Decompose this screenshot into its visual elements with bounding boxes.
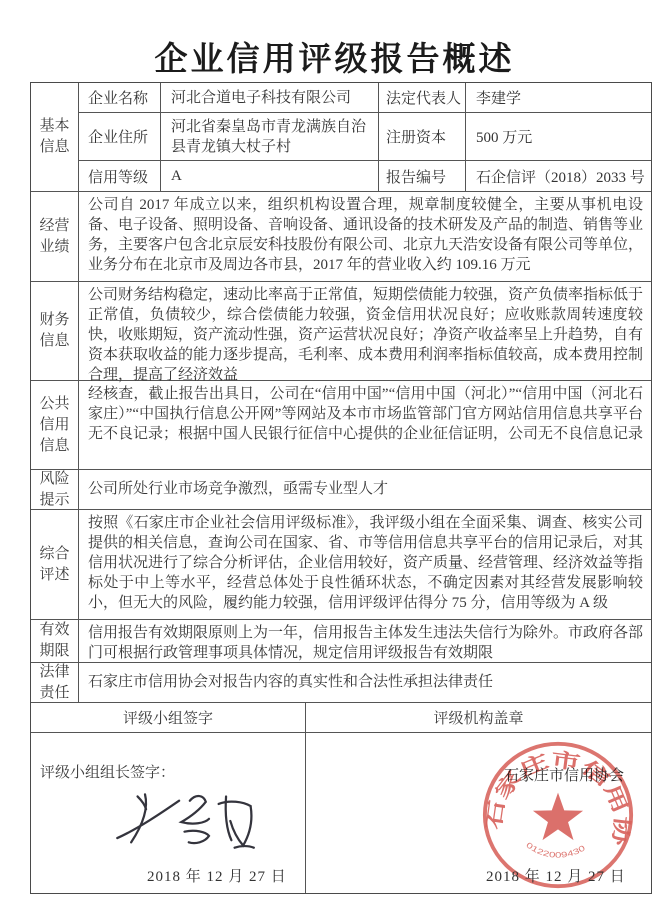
field-label-company-name: 企业名称 [79,83,161,113]
leader-signature-handwriting [113,785,273,857]
section-risk-notice: 风险 提示 公司所处行业市场竞争激烈，亟需专业型人才 [31,470,651,510]
section-validity-period: 有效 期限 信用报告有效期限原则上为一年，信用报告主体发生违法失信行为除外。市政… [31,620,651,663]
leader-signature-label: 评级小组组长签字： [40,761,175,782]
section-label-basic: 基本 信息 [31,83,79,192]
agency-seal-header: 评级机构盖章 [306,703,651,733]
field-value-legal-rep: 李建学 [466,83,651,113]
signoff-content-row: 评级小组组长签字： 2018 年 12 月 27 日 [31,733,651,893]
table-row: 信用等级 A 报告编号 石企信评（2018）2033 号 [79,161,651,192]
section-legal-liability: 法律 责任 石家庄市信用协会对报告内容的真实性和合法性承担法律责任 [31,663,651,703]
agency-seal-cell: 石家庄市信用协会 石家庄市信用协会 0122009430 2018 年 [306,733,651,893]
document-title: 企业信用评级报告概述 [0,33,669,80]
section-text: 信用报告有效期限原则上为一年，信用报告主体发生违法失信行为除外。市政府各部门可根… [79,620,651,663]
field-label-registered-capital: 注册资本 [379,113,466,161]
section-text: 公司财务结构稳定，速动比率高于正常值，短期偿债能力较强，资产负债率指标低于正常值… [79,282,651,381]
section-business-performance: 经营 业绩 公司自 2017 年成立以来，组织机构设置合理，规章制度较健全，主要… [31,192,651,282]
basic-info-block: 基本 信息 企业名称 河北合道电子科技有限公司 法定代表人 李建学 企业住所 河… [31,83,651,192]
section-text: 按照《石家庄市企业社会信用评级标准》，我评级小组在全面采集、调查、核实公司提供的… [79,510,651,620]
seal-arc-text: 石家庄市信用协会 [476,737,634,849]
section-text: 公司自 2017 年成立以来，组织机构设置合理，规章制度较健全，主要从事机电设备… [79,192,651,282]
report-table: 基本 信息 企业名称 河北合道电子科技有限公司 法定代表人 李建学 企业住所 河… [30,82,652,894]
section-label: 法律 责任 [31,663,79,703]
field-value-credit-grade: A [161,161,379,192]
report-page: 企业信用评级报告概述 基本 信息 企业名称 河北合道电子科技有限公司 法定代表人… [0,0,669,916]
svg-text:0122009430: 0122009430 [524,840,587,859]
section-financial-info: 财务 信息 公司财务结构稳定，速动比率高于正常值，短期偿债能力较强，资产负债率指… [31,282,651,381]
field-label-report-number: 报告编号 [379,161,466,192]
table-row: 企业住所 河北省秦皇岛市青龙满族自治县青龙镇大杖子村 注册资本 500 万元 [79,113,651,161]
agency-seal-date: 2018 年 12 月 27 日 [486,865,626,886]
section-label: 公共 信用 信息 [31,381,79,470]
section-overall-review: 综合 评述 按照《石家庄市企业社会信用评级标准》，我评级小组在全面采集、调查、核… [31,510,651,620]
section-label: 有效 期限 [31,620,79,663]
seal-star-icon [533,793,583,841]
section-label: 风险 提示 [31,470,79,510]
team-signature-cell: 评级小组组长签字： 2018 年 12 月 27 日 [31,733,306,893]
team-signature-header: 评级小组签字 [31,703,306,733]
field-label-legal-rep: 法定代表人 [379,83,466,113]
field-label-address: 企业住所 [79,113,161,161]
section-text: 公司所处行业市场竞争激烈，亟需专业型人才 [79,470,651,510]
signoff-header-row: 评级小组签字 评级机构盖章 [31,703,651,733]
team-signature-date: 2018 年 12 月 27 日 [147,865,287,886]
section-label: 财务 信息 [31,282,79,381]
section-text: 经核查，截止报告出具日，公司在“信用中国”“信用中国（河北）”“信用中国（河北石… [79,381,651,470]
seal-code-digits: 0122009430 [524,840,587,859]
field-value-company-name: 河北合道电子科技有限公司 [161,83,379,113]
section-label: 经营 业绩 [31,192,79,282]
table-row: 企业名称 河北合道电子科技有限公司 法定代表人 李建学 [79,83,651,113]
section-label: 综合 评述 [31,510,79,620]
field-value-registered-capital: 500 万元 [466,113,651,161]
svg-text:石家庄市信用协会: 石家庄市信用协会 [476,737,634,849]
section-text: 石家庄市信用协会对报告内容的真实性和合法性承担法律责任 [79,663,651,703]
section-public-credit-info: 公共 信用 信息 经核查，截止报告出具日，公司在“信用中国”“信用中国（河北）”… [31,381,651,470]
field-label-credit-grade: 信用等级 [79,161,161,192]
field-value-address: 河北省秦皇岛市青龙满族自治县青龙镇大杖子村 [161,113,379,161]
field-value-report-number: 石企信评（2018）2033 号 [466,161,651,192]
